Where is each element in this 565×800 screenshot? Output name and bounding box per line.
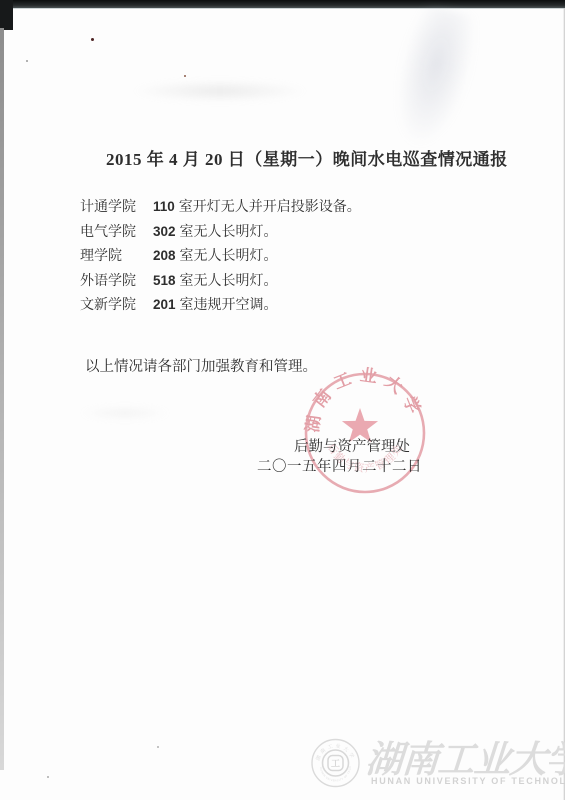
university-name-calligraphy: 湖南工业大学 (364, 729, 565, 783)
inspection-row: 外语学院518室无人长明灯。 (80, 269, 361, 294)
room-number: 208 (153, 248, 176, 263)
scan-smudge (382, 2, 484, 155)
issue-date: 二〇一五年四月二十二日 (257, 455, 422, 476)
scanned-notice-page: 2015 年 4 月 20 日（星期一）晚间水电巡查情况通报 计通学院110室开… (0, 0, 565, 800)
notice-title: 2015 年 4 月 20 日（星期一）晚间水电巡查情况通报 (106, 145, 506, 170)
scan-speck (91, 38, 94, 41)
department-name: 计通学院 (80, 196, 153, 221)
scan-edge-corner (0, 0, 13, 30)
department-name: 电气学院 (80, 221, 153, 246)
inspection-row: 文新学院201室违规开空调。 (80, 293, 361, 318)
issue-description: 室开灯无人并开启投影设备。 (179, 200, 361, 215)
department-name: 文新学院 (80, 294, 153, 319)
scan-speck (26, 60, 28, 62)
official-seal-stamp: 湖南工业大学 后勤与资产管理处 (293, 361, 437, 505)
inspection-row: 计通学院110室开灯无人并开启投影设备。 (80, 195, 361, 220)
room-number: 110 (153, 199, 175, 214)
department-name: 理学院 (80, 245, 153, 270)
scan-edge-top (0, 0, 565, 9)
scan-smudge (80, 405, 170, 421)
scan-speck (157, 746, 159, 748)
scan-edge-left (0, 28, 4, 770)
closing-note: 以上情况请各部门加强教育和管理。 (85, 355, 317, 376)
department-name: 外语学院 (80, 270, 153, 295)
inspection-row: 电气学院302室无人长明灯。 (80, 220, 361, 245)
inspection-row: 理学院208室无人长明灯。 (80, 244, 361, 269)
university-logo: 工 湖南工业大学 HUNAN UNIVERSITY OF TECHNOLOGY (309, 737, 361, 789)
issue-description: 室违规开空调。 (180, 298, 278, 313)
logo-glyph: 工 (331, 759, 340, 769)
issuing-department: 后勤与资产管理处 (294, 435, 410, 456)
room-number: 302 (153, 224, 176, 239)
room-number: 201 (153, 297, 176, 312)
issue-description: 室无人长明灯。 (180, 274, 278, 289)
university-name-english: HUNAN UNIVERSITY OF TECHNOLOGY (371, 776, 565, 786)
scan-smudge (135, 80, 305, 102)
inspection-list: 计通学院110室开灯无人并开启投影设备。 电气学院302室无人长明灯。 理学院2… (80, 195, 361, 318)
scan-speck (184, 75, 186, 77)
issue-description: 室无人长明灯。 (180, 249, 278, 264)
scan-speck (47, 776, 49, 778)
issue-description: 室无人长明灯。 (180, 225, 278, 240)
room-number: 518 (153, 273, 176, 288)
